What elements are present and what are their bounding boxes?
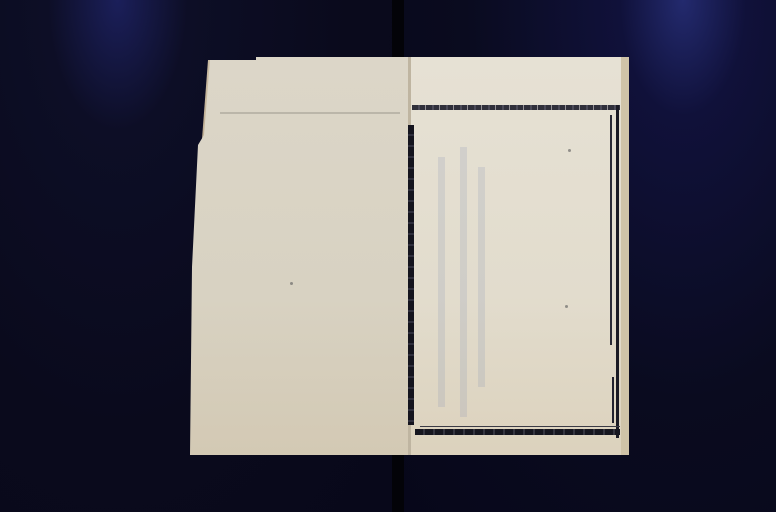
border-frame-right-inner bbox=[610, 115, 612, 345]
crease-line bbox=[220, 112, 400, 114]
border-frame-bottom-thin bbox=[420, 426, 620, 427]
paper-speck bbox=[290, 282, 293, 285]
bleed-through-column bbox=[478, 167, 485, 387]
bleed-through-column bbox=[438, 157, 445, 407]
open-book bbox=[190, 57, 630, 457]
right-page bbox=[410, 57, 628, 455]
paper-speck bbox=[568, 149, 571, 152]
border-frame-top bbox=[412, 105, 620, 110]
paper-speck bbox=[565, 305, 568, 308]
border-frame-right bbox=[616, 105, 619, 438]
left-page-blank bbox=[190, 57, 410, 455]
border-frame-left bbox=[408, 125, 414, 425]
border-frame-right-inner-lower bbox=[612, 377, 614, 423]
right-page-edge bbox=[621, 57, 629, 455]
bleed-through-column bbox=[460, 147, 467, 417]
border-frame-bottom bbox=[415, 429, 620, 435]
